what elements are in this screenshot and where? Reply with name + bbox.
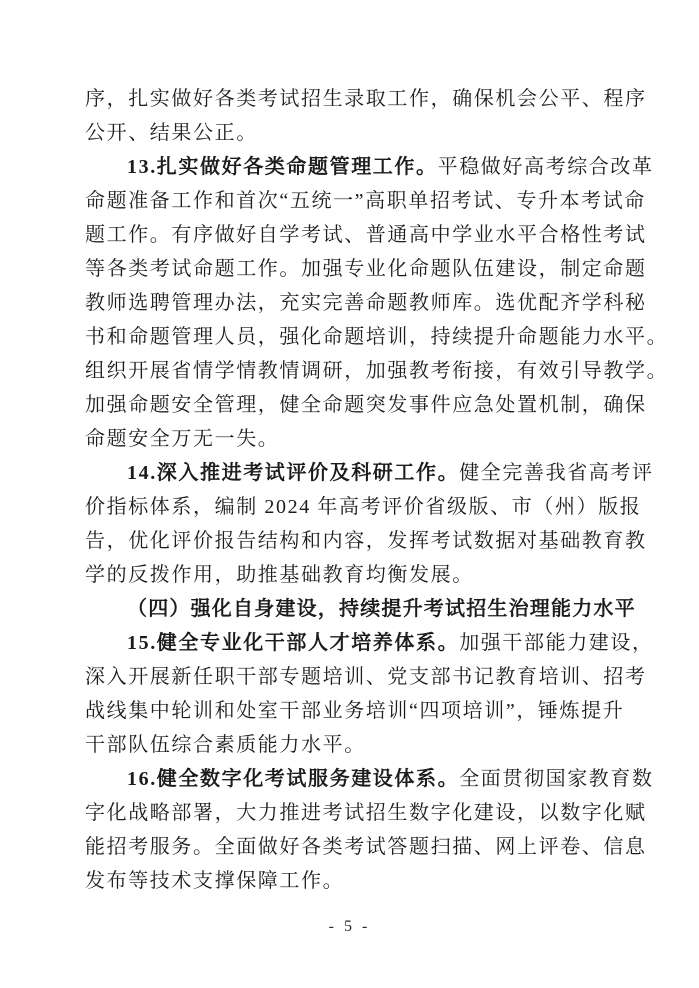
text-line: 公开、结果公正。: [85, 116, 630, 150]
text-line: 学的反拨作用，助推基础教育均衡发展。: [85, 558, 630, 592]
text-line: 加强命题安全管理，健全命题突发事件应急处置机制，确保: [85, 388, 630, 422]
line-text: 序，扎实做好各类考试招生录取工作，确保机会公平、程序: [85, 88, 647, 110]
line-text: 发布等技术支撑保障工作。: [85, 870, 344, 892]
text-line: 价指标体系，编制 2024 年高考评价省级版、市（州）版报: [85, 490, 630, 524]
text-line: 告，优化评价报告结构和内容，发挥考试数据对基础教育教: [85, 524, 630, 558]
line-text: 深入开展新任职干部专题培训、党支部书记教育培训、招考: [85, 666, 647, 688]
line-text: 能招考服务。全面做好各类考试答题扫描、网上评卷、信息: [85, 836, 647, 858]
text-line-item-14: 14.深入推进考试评价及科研工作。健全完善我省高考评: [85, 456, 630, 490]
line-text: 公开、结果公正。: [85, 122, 258, 144]
line-text: 题工作。有序做好自学考试、普通高中学业水平合格性考试: [85, 224, 647, 246]
text-line: 题工作。有序做好自学考试、普通高中学业水平合格性考试: [85, 218, 630, 252]
line-text: 教师选聘管理办法，充实完善命题教师库。选优配齐学科秘: [85, 292, 647, 314]
line-text: 战线集中轮训和处室干部业务培训“四项培训”，锤炼提升: [85, 700, 624, 722]
text-line: 字化战略部署，大力推进考试招生数字化建设，以数字化赋: [85, 796, 630, 830]
text-line-item-15: 15.健全专业化干部人才培养体系。加强干部能力建设，: [85, 626, 630, 660]
item-15-title: 15.健全专业化干部人才培养体系。: [127, 632, 459, 654]
text-line: 命题安全万无一失。: [85, 422, 630, 456]
item-14-title: 14.深入推进考试评价及科研工作。: [127, 462, 459, 484]
line-text: 干部队伍综合素质能力水平。: [85, 734, 366, 756]
text-line: 书和命题管理人员，强化命题培训，持续提升命题能力水平。: [85, 320, 630, 354]
line-text: 价指标体系，编制 2024 年高考评价省级版、市（州）版报: [85, 496, 641, 518]
text-line: 组织开展省情学情教情调研，加强教考衔接，有效引导教学。: [85, 354, 630, 388]
text-line: 教师选聘管理办法，充实完善命题教师库。选优配齐学科秘: [85, 286, 630, 320]
line-text: 加强命题安全管理，健全命题突发事件应急处置机制，确保: [85, 394, 647, 416]
line-text: 告，优化评价报告结构和内容，发挥考试数据对基础教育教: [85, 530, 647, 552]
text-line: 能招考服务。全面做好各类考试答题扫描、网上评卷、信息: [85, 830, 630, 864]
text-line: 序，扎实做好各类考试招生录取工作，确保机会公平、程序: [85, 82, 630, 116]
text-line: 等各类考试命题工作。加强专业化命题队伍建设，制定命题: [85, 252, 630, 286]
text-line: 发布等技术支撑保障工作。: [85, 864, 630, 898]
line-text: 学的反拨作用，助推基础教育均衡发展。: [85, 564, 474, 586]
line-text: 等各类考试命题工作。加强专业化命题队伍建设，制定命题: [85, 258, 647, 280]
line-text: 全面贯彻国家教育数: [459, 768, 653, 790]
text-line: 战线集中轮训和处室干部业务培训“四项培训”，锤炼提升: [85, 694, 630, 728]
line-text: 字化战略部署，大力推进考试招生数字化建设，以数字化赋: [85, 802, 647, 824]
document-page: 序，扎实做好各类考试招生录取工作，确保机会公平、程序 公开、结果公正。 13.扎…: [0, 0, 699, 988]
section-heading-text: （四）强化自身建设，持续提升考试招生治理能力水平: [127, 598, 636, 620]
text-line: 干部队伍综合素质能力水平。: [85, 728, 630, 762]
line-text: 平稳做好高考综合改革: [438, 156, 654, 178]
item-13-title: 13.扎实做好各类命题管理工作。: [127, 156, 438, 178]
line-text: 健全完善我省高考评: [459, 462, 653, 484]
line-text: 组织开展省情学情教情调研，加强教考衔接，有效引导教学。: [85, 360, 668, 382]
text-line-item-13: 13.扎实做好各类命题管理工作。平稳做好高考综合改革: [85, 150, 630, 184]
text-line-item-16: 16.健全数字化考试服务建设体系。全面贯彻国家教育数: [85, 762, 630, 796]
line-text: 命题安全万无一失。: [85, 428, 279, 450]
item-16-title: 16.健全数字化考试服务建设体系。: [127, 768, 459, 790]
text-line: 深入开展新任职干部专题培训、党支部书记教育培训、招考: [85, 660, 630, 694]
line-text: 书和命题管理人员，强化命题培训，持续提升命题能力水平。: [85, 326, 668, 348]
line-text: 命题准备工作和首次“五统一”高职单招考试、专升本考试命: [85, 190, 646, 212]
document-body: 序，扎实做好各类考试招生录取工作，确保机会公平、程序 公开、结果公正。 13.扎…: [85, 82, 630, 898]
section-4-heading: （四）强化自身建设，持续提升考试招生治理能力水平: [85, 592, 630, 626]
page-number: - 5 -: [0, 918, 699, 936]
text-line: 命题准备工作和首次“五统一”高职单招考试、专升本考试命: [85, 184, 630, 218]
line-text: 加强干部能力建设，: [459, 632, 653, 654]
